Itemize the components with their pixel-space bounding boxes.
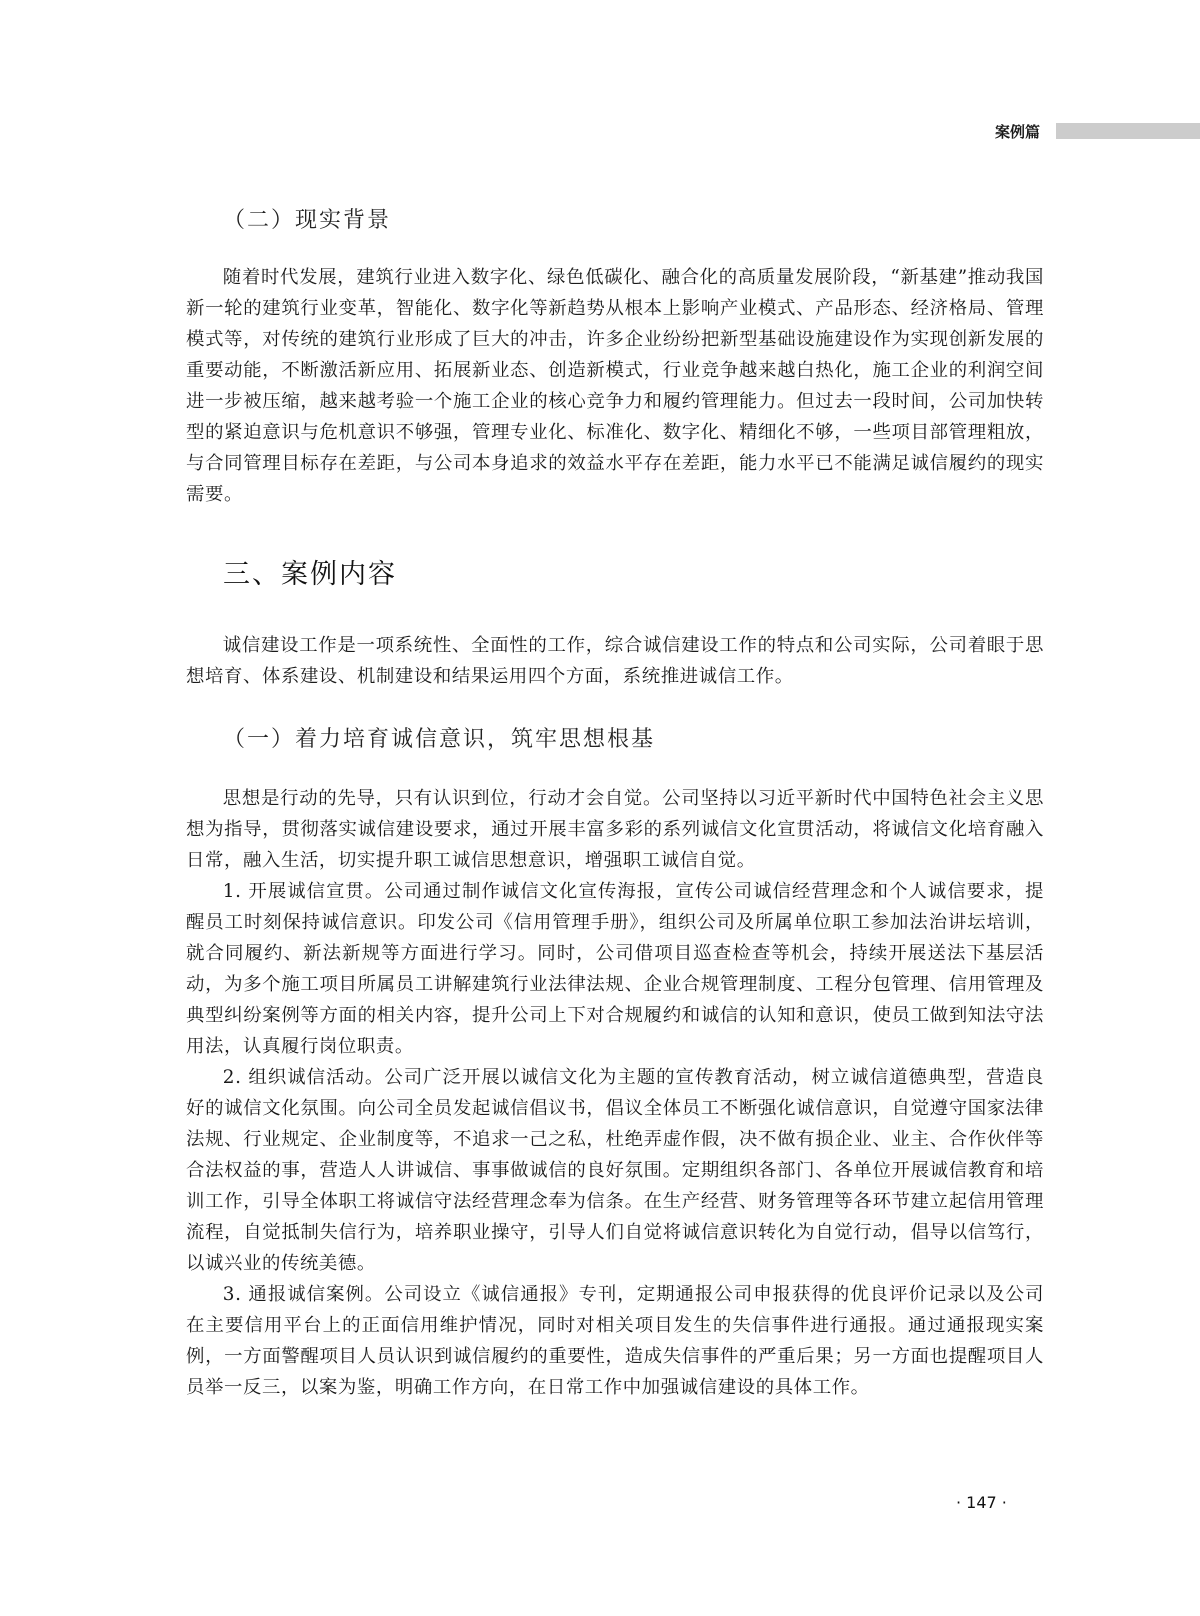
section-heading-integrity-awareness: （一）着力培育诚信意识，筑牢思想根基 xyxy=(223,722,655,753)
running-head: 案例篇 xyxy=(0,120,1200,144)
running-head-bar xyxy=(1056,123,1200,139)
list-item-integrity-activities: 2. 组织诚信活动。公司广泛开展以诚信文化为主题的宣传教育活动，树立诚信道德典型… xyxy=(186,1062,1044,1279)
paragraph-reality-background: 随着时代发展，建筑行业进入数字化、绿色低碳化、融合化的高质量发展阶段，“新基建”… xyxy=(186,262,1044,510)
list-item-integrity-cases: 3. 通报诚信案例。公司设立《诚信通报》专刊，定期通报公司申报获得的优良评价记录… xyxy=(186,1279,1044,1403)
paragraph-integrity-intro: 思想是行动的先导，只有认识到位，行动才会自觉。公司坚持以习近平新时代中国特色社会… xyxy=(186,783,1044,876)
page-number: · 147 · xyxy=(956,1493,1007,1512)
list-item-integrity-publicity: 1. 开展诚信宣贯。公司通过制作诚信文化宣传海报，宣传公司诚信经营理念和个人诚信… xyxy=(186,876,1044,1062)
section-heading-reality-background: （二）现实背景 xyxy=(223,203,391,234)
running-head-label: 案例篇 xyxy=(995,120,1040,144)
paragraph-case-intro: 诚信建设工作是一项系统性、全面性的工作，综合诚信建设工作的特点和公司实际，公司着… xyxy=(186,630,1044,692)
chapter-heading-case-content: 三、案例内容 xyxy=(223,552,397,591)
